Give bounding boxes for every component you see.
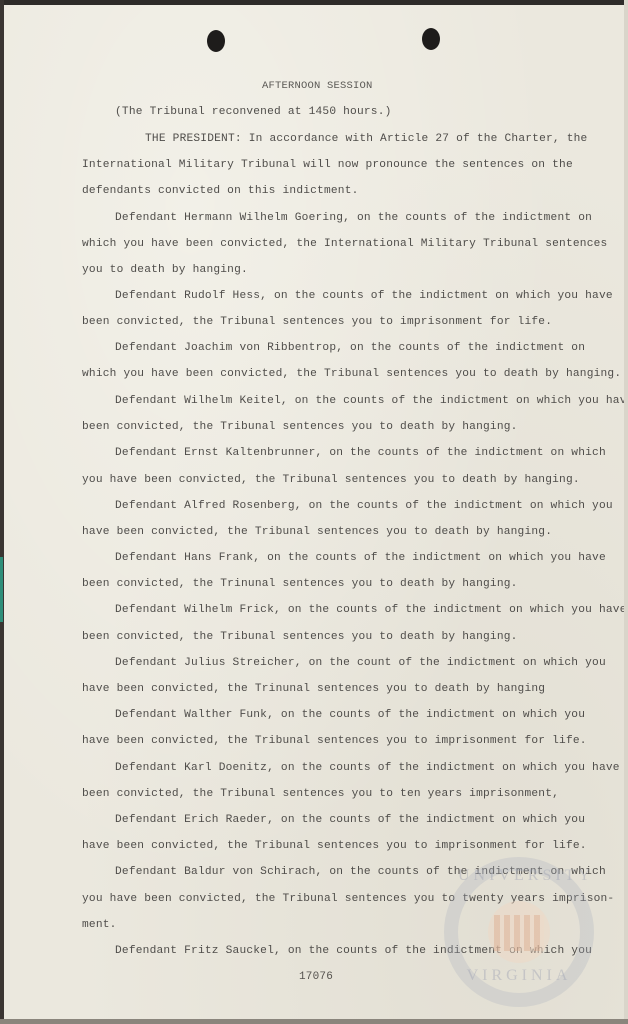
scanner-bottom-border — [0, 1019, 628, 1024]
page-number: 17076 — [299, 971, 333, 983]
text-line: been convicted, the Tribunal sentences y… — [82, 421, 518, 433]
text-line: Defendant Julius Streicher, on the count… — [115, 657, 606, 669]
text-line: have been convicted, the Trinunal senten… — [82, 683, 545, 695]
seal-text-top: UNIVERSITY — [458, 867, 580, 885]
text-line: been convicted, the Tribunal sentences y… — [82, 316, 552, 328]
university-seal-watermark: UNIVERSITY VIRGINIA — [444, 857, 594, 1007]
text-line: have been convicted, the Tribunal senten… — [82, 735, 587, 747]
text-line: Defendant Hermann Wilhelm Goering, on th… — [115, 212, 592, 224]
text-line: you to death by hanging. — [82, 264, 248, 276]
teal-divider-tab — [0, 557, 3, 622]
text-line: Defendant Ernst Kaltenbrunner, on the co… — [115, 447, 606, 459]
text-line: defendants convicted on this indictment. — [82, 185, 359, 197]
text-line: Defendant Hans Frank, on the counts of t… — [115, 552, 606, 564]
text-line: Defendant Rudolf Hess, on the counts of … — [115, 290, 613, 302]
text-line: which you have been convicted, the Inter… — [82, 238, 607, 250]
punch-hole-left — [207, 30, 225, 52]
session-note: (The Tribunal reconvened at 1450 hours.) — [115, 106, 392, 118]
punch-hole-right — [422, 28, 440, 50]
text-line: Defendant Joachim von Ribbentrop, on the… — [115, 342, 585, 354]
text-line: International Military Tribunal will now… — [82, 159, 573, 171]
text-line: ment. — [82, 919, 117, 931]
text-line: you have been convicted, the Tribunal se… — [82, 474, 580, 486]
document-page: AFTERNOON SESSION (The Tribunal reconven… — [4, 5, 624, 1019]
text-line: have been convicted, the Tribunal senten… — [82, 526, 552, 538]
rotunda-icon — [494, 915, 544, 951]
text-line: Defendant Alfred Rosenberg, on the count… — [115, 500, 613, 512]
text-line: Defendant Walther Funk, on the counts of… — [115, 709, 585, 721]
scanner-right-border — [624, 0, 628, 1024]
text-line: Defendant Wilhelm Keitel, on the counts … — [115, 395, 628, 407]
text-line: which you have been convicted, the Tribu… — [82, 368, 621, 380]
text-line: Defendant Erich Raeder, on the counts of… — [115, 814, 585, 826]
text-line: THE PRESIDENT: In accordance with Articl… — [145, 133, 587, 145]
text-line: been convicted, the Tribunal sentences y… — [82, 631, 518, 643]
seal-text-bottom: VIRGINIA — [458, 967, 580, 985]
text-line: have been convicted, the Tribunal senten… — [82, 840, 587, 852]
text-line: Defendant Wilhelm Frick, on the counts o… — [115, 604, 627, 616]
text-line: been convicted, the Trinunal sentences y… — [82, 578, 518, 590]
text-line: been convicted, the Tribunal sentences y… — [82, 788, 559, 800]
text-line: Defendant Karl Doenitz, on the counts of… — [115, 762, 620, 774]
session-heading: AFTERNOON SESSION — [262, 80, 373, 92]
